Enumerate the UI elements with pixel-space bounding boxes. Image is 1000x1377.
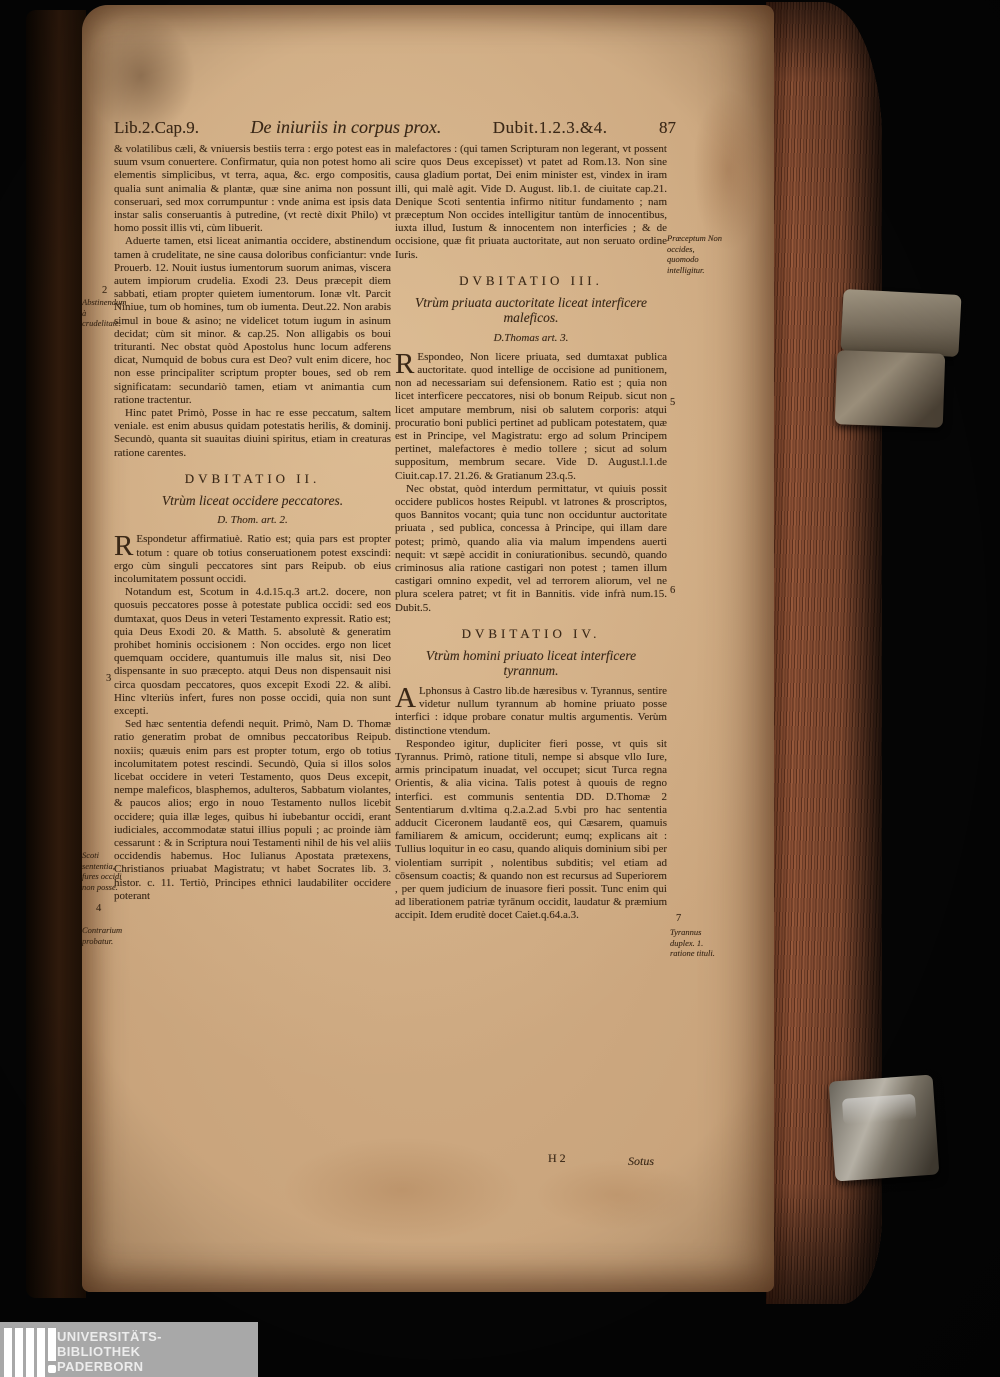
drop-cap: A: [395, 685, 419, 710]
dubitatio-3-reference: D.Thomas art. 3.: [395, 332, 667, 344]
margin-number-3: 3: [106, 673, 111, 684]
page-number: 87: [659, 118, 676, 138]
paragraph: Respondeo igitur, dupliciter fieri posse…: [395, 738, 667, 923]
library-name-line1: UNIVERSITÄTS-: [57, 1329, 162, 1344]
running-header: Lib.2.Cap.9. De iniuriis in corpus prox.…: [114, 117, 676, 138]
paragraph-dropcap: ALphonsus à Castro lib.de hæresibus v. T…: [395, 685, 667, 738]
header-dubitationes: Dubit.1.2.3.&4.: [493, 118, 608, 138]
header-chapter-title: De iniuriis in corpus prox.: [250, 117, 441, 138]
paragraph-dropcap: REspondetur affirmatiuè. Ratio est; quia…: [114, 533, 391, 586]
logo-exclamation: [48, 1328, 56, 1377]
drop-cap: R: [114, 533, 136, 558]
header-book-chapter: Lib.2.Cap.9.: [114, 118, 199, 138]
logo-bar-stripe: [15, 1328, 23, 1377]
logo-bar-stripe: [37, 1328, 45, 1377]
paragraph: Nec obstat, quòd interdum permittatur, v…: [395, 483, 667, 615]
logo-bar-stripe: [26, 1328, 34, 1377]
paragraph: & volatilibus cæli, & vniuersis bestiis …: [114, 143, 391, 235]
paragraph: Notandum est, Scotum in 4.d.15.q.3 art.2…: [114, 586, 391, 718]
dubitatio-4-title: DVBITATIO IV.: [395, 626, 667, 642]
margin-number-5: 5: [670, 397, 675, 408]
book-clasp-top-strap: [840, 289, 961, 357]
library-name-line3: PADERBORN: [57, 1359, 162, 1374]
paragraph-text: Espondetur affirmatiuè. Ratio est; quia …: [114, 533, 391, 585]
dubitatio-2-reference: D. Thom. art. 2.: [114, 514, 391, 526]
book-cover-left: [26, 10, 86, 1298]
margin-number-6: 6: [670, 585, 675, 596]
dubitatio-3-title: DVBITATIO III.: [395, 273, 667, 289]
dubitatio-3-subtitle: Vtrùm priuata auctoritate liceat interfi…: [407, 295, 655, 326]
margin-note-contrarium: Contrarium probatur.: [82, 925, 124, 946]
drop-cap: R: [395, 351, 417, 376]
library-name-line2: BIBLIOTHEK: [57, 1344, 162, 1359]
book-clasp-top-plate: [835, 350, 946, 428]
dubitatio-2-title: DVBITATIO II.: [114, 471, 391, 487]
paragraph-text: Lphonsus à Castro lib.de hæresibus v. Ty…: [395, 685, 667, 737]
library-name: UNIVERSITÄTS- BIBLIOTHEK PADERBORN: [57, 1329, 162, 1374]
paragraph-dropcap: REspondeo, Non licere priuata, sed dumta…: [395, 351, 667, 483]
scanned-book-photo: Lib.2.Cap.9. De iniuriis in corpus prox.…: [0, 0, 1000, 1377]
text-column-right: malefactores : (qui tamen Scripturam non…: [395, 143, 667, 1181]
logo-bar-stripe: [4, 1328, 12, 1377]
text-column-left: & volatilibus cæli, & vniuersis bestiis …: [114, 143, 391, 1175]
dubitatio-2-subtitle: Vtrùm liceat occidere peccatores.: [126, 493, 379, 509]
gathering-signature: H 2: [548, 1151, 566, 1166]
book-page: Lib.2.Cap.9. De iniuriis in corpus prox.…: [82, 5, 774, 1292]
library-logo-icon: [4, 1328, 56, 1377]
paragraph-text: Espondeo, Non licere priuata, sed dumtax…: [395, 351, 667, 482]
paragraph: Sed hæc sententia defendi nequit. Primò,…: [114, 718, 391, 903]
paragraph: malefactores : (qui tamen Scripturam non…: [395, 143, 667, 262]
margin-note-tyrannus: Tyrannus duplex. 1. ratione tituli.: [670, 927, 720, 959]
book-clasp-bottom: [829, 1074, 940, 1181]
margin-note-scoti: Scoti sententia, fures occidi non posse.: [82, 850, 124, 892]
margin-note-abstinendum: Abstinendum à crudelitate.: [82, 297, 118, 329]
catchword: Sotus: [628, 1154, 654, 1169]
margin-number-4: 4: [96, 903, 101, 914]
paragraph: Aduerte tamen, etsi liceat animantia occ…: [114, 235, 391, 407]
paragraph: Hinc patet Primò, Posse in hac re esse p…: [114, 407, 391, 460]
margin-note-praeceptum: Præceptum Non occides, quomodo intelligi…: [667, 233, 725, 275]
dubitatio-4-subtitle: Vtrùm homini priuato liceat interficere …: [407, 648, 655, 679]
margin-number-7: 7: [676, 913, 681, 924]
margin-number-2: 2: [102, 285, 107, 296]
